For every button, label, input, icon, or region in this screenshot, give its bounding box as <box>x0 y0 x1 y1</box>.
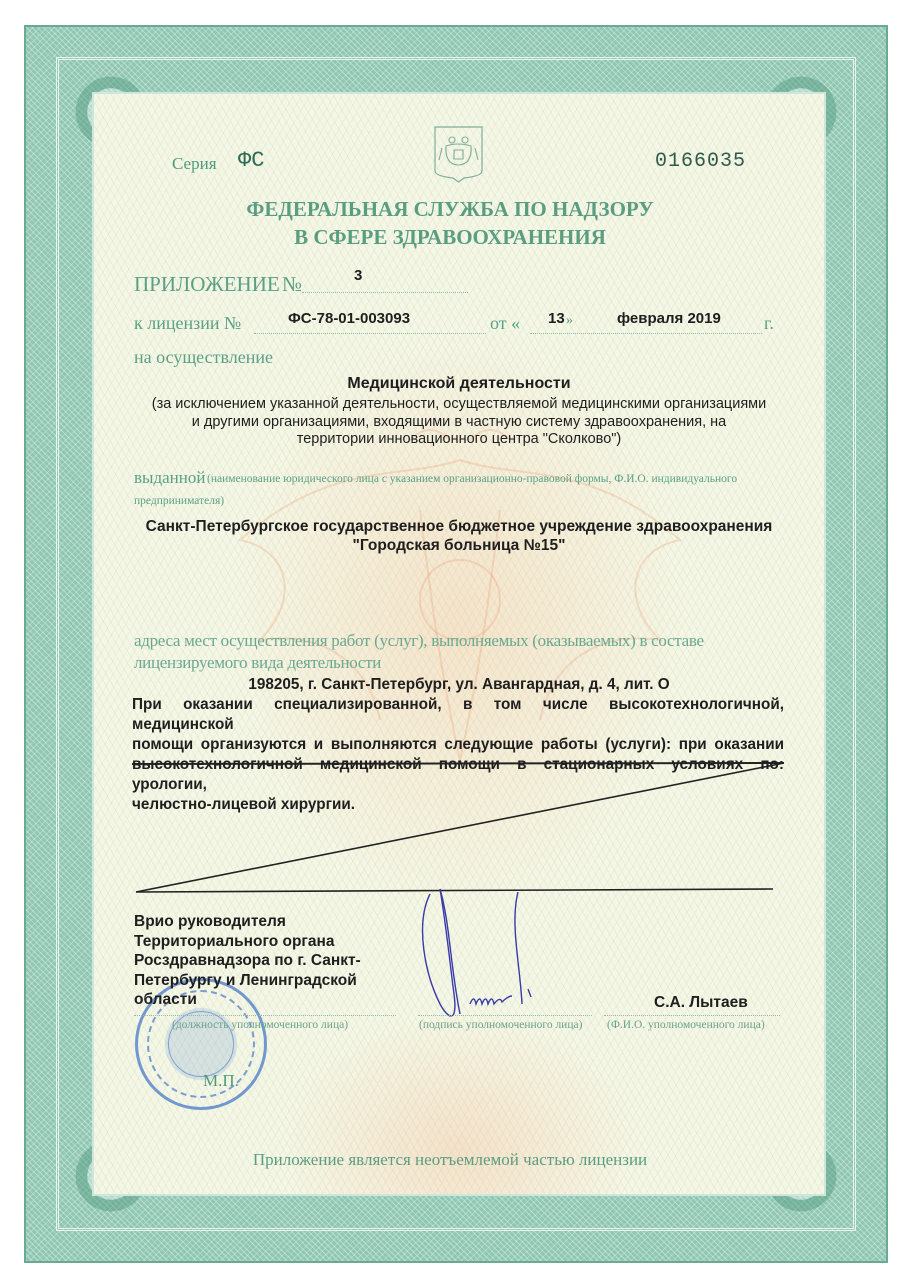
seal-label: М.П. <box>203 1071 239 1091</box>
signatory-position-line: Росздравнадзора по г. Санкт- <box>134 951 361 971</box>
signatory-name: С.А. Лытаев <box>654 993 748 1013</box>
signatory-position-line: Петербургу и Ленинградской <box>134 971 361 991</box>
signatory-position-line: Врио руководителя <box>134 912 361 932</box>
handwritten-signature <box>410 884 570 1034</box>
signatory-position: Врио руководителя Территориального орган… <box>134 912 361 1010</box>
footer-note: Приложение является неотъемлемой частью … <box>0 1150 900 1170</box>
caption-name: (Ф.И.О. уполномоченного лица) <box>607 1019 765 1031</box>
signatory-position-line: Территориального органа <box>134 932 361 952</box>
signatory-position-line: области <box>134 990 361 1010</box>
blank-space-strikeout <box>0 0 900 1280</box>
signature-underline <box>418 1015 592 1016</box>
caption-signature: (подпись уполномоченного лица) <box>419 1019 582 1031</box>
name-underline <box>604 1015 780 1016</box>
caption-position: (должность уполномоченного лица) <box>172 1019 348 1031</box>
position-underline <box>134 1015 396 1016</box>
